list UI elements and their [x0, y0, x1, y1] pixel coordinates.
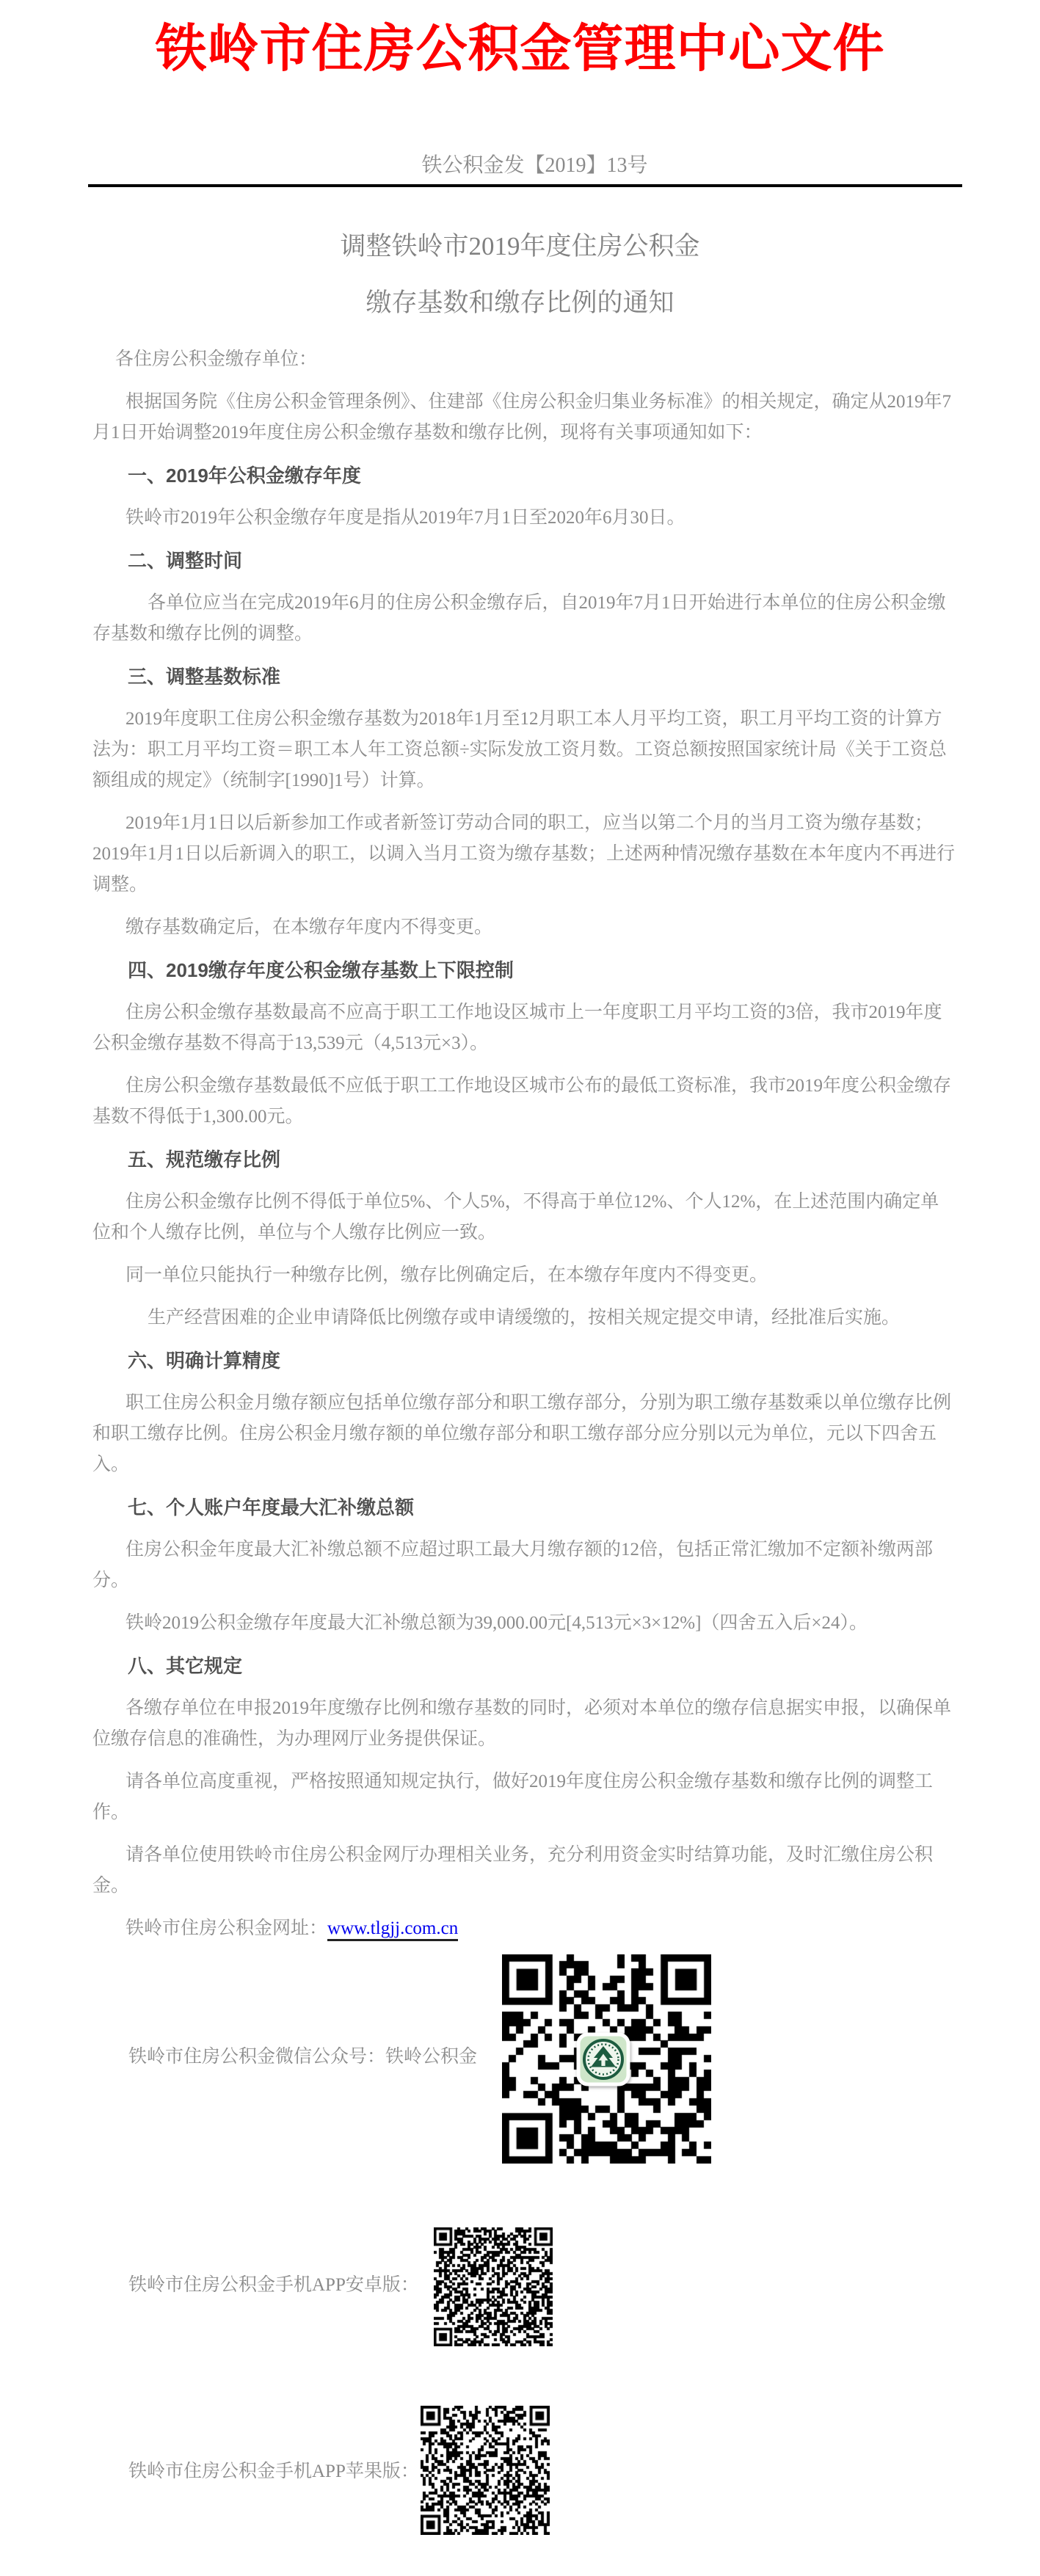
- paragraph: 铁岭2019公积金缴存年度最大汇补缴总额为39,000.00元[4,513元×3…: [92, 1608, 956, 1639]
- salutation: 各住房公积金缴存单位：: [92, 344, 956, 375]
- document-page: { "page": { "width": 1417, "height": 351…: [0, 0, 1040, 2576]
- ios-app-label: 铁岭市住房公积金手机APP苹果版：: [128, 2456, 419, 2483]
- section-heading: 六、明确计算精度: [92, 1345, 956, 1376]
- paragraph: 缴存基数确定后，在本缴存年度内不得变更。: [92, 912, 956, 943]
- website-line: 铁岭市住房公积金网址：www.tlgjj.com.cn: [92, 1913, 956, 1944]
- document-number: 铁公积金发【2019】13号: [0, 149, 1040, 178]
- paragraph: 住房公积金年度最大汇补缴总额不应超过职工最大月缴存额的12倍，包括正常汇缴加不定…: [92, 1535, 956, 1596]
- notice-title-line1: 调整铁岭市2019年度住房公积金: [0, 218, 1040, 274]
- paragraph: 根据国务院《住房公积金管理条例》、住建部《住房公积金归集业务标准》的相关规定，确…: [92, 387, 956, 448]
- header-divider: [88, 184, 962, 187]
- paragraph: 请各单位高度重视，严格按照通知规定执行，做好2019年度住房公积金缴存基数和缴存…: [92, 1767, 956, 1828]
- paragraph: 住房公积金缴存基数最低不应低于职工工作地设区城市公布的最低工资标准，我市2019…: [92, 1071, 956, 1132]
- section-heading: 八、其它规定: [92, 1651, 956, 1681]
- document-header-title: 铁岭市住房公积金管理中心文件: [0, 0, 1040, 81]
- section-heading: 一、2019年公积金缴存年度: [92, 460, 956, 491]
- ios-app-qrcode: [421, 2406, 550, 2535]
- paragraph: 请各单位使用铁岭市住房公积金网厅办理相关业务，充分利用资金实时结算功能，及时汇缴…: [92, 1840, 956, 1902]
- paragraph: 职工住房公积金月缴存额应包括单位缴存部分和职工缴存部分，分别为职工缴存基数乘以单…: [92, 1388, 956, 1480]
- section-heading: 四、2019缴存年度公积金缴存基数上下限控制: [92, 955, 956, 986]
- paragraph: 铁岭市2019年公积金缴存年度是指从2019年7月1日至2020年6月30日。: [92, 503, 956, 534]
- website-label: 铁岭市住房公积金网址：: [126, 1918, 327, 1938]
- paragraph: 各单位应当在完成2019年6月的住房公积金缴存后，自2019年7月1日开始进行本…: [92, 588, 956, 650]
- section-heading: 五、规范缴存比例: [92, 1144, 956, 1175]
- paragraph: 2019年1月1日以后新参加工作或者新签订劳动合同的职工，应当以第二个月的当月工…: [92, 808, 956, 900]
- android-app-label: 铁岭市住房公积金手机APP安卓版：: [128, 2270, 419, 2296]
- website-link[interactable]: www.tlgjj.com.cn: [327, 1918, 458, 1941]
- section-heading: 二、调整时间: [92, 545, 956, 576]
- housing-fund-logo-icon: [576, 2032, 630, 2086]
- paragraph: 各缴存单位在申报2019年度缴存比例和缴存基数的同时，必须对本单位的缴存信息据实…: [92, 1693, 956, 1755]
- paragraph: 2019年度职工住房公积金缴存基数为2018年1月至12月职工本人月平均工资，职…: [92, 704, 956, 796]
- paragraph: 同一单位只能执行一种缴存比例，缴存比例确定后，在本缴存年度内不得变更。: [92, 1260, 956, 1291]
- section-heading: 七、个人账户年度最大汇补缴总额: [92, 1492, 956, 1523]
- paragraph: 住房公积金缴存基数最高不应高于职工工作地设区城市上一年度职工月平均工资的3倍，我…: [92, 997, 956, 1059]
- wechat-label: 铁岭市住房公积金微信公众号：铁岭公积金: [128, 2042, 477, 2068]
- notice-title-line2: 缴存基数和缴存比例的通知: [0, 274, 1040, 331]
- android-app-qrcode: [434, 2227, 553, 2346]
- paragraph: 生产经营困难的企业申请降低比例缴存或申请缓缴的，按相关规定提交申请，经批准后实施…: [92, 1303, 956, 1334]
- notice-body: 各住房公积金缴存单位：根据国务院《住房公积金管理条例》、住建部《住房公积金归集业…: [92, 344, 956, 1944]
- section-heading: 三、调整基数标准: [92, 661, 956, 692]
- paragraph: 住房公积金缴存比例不得低于单位5%、个人5%，不得高于单位12%、个人12%，在…: [92, 1187, 956, 1248]
